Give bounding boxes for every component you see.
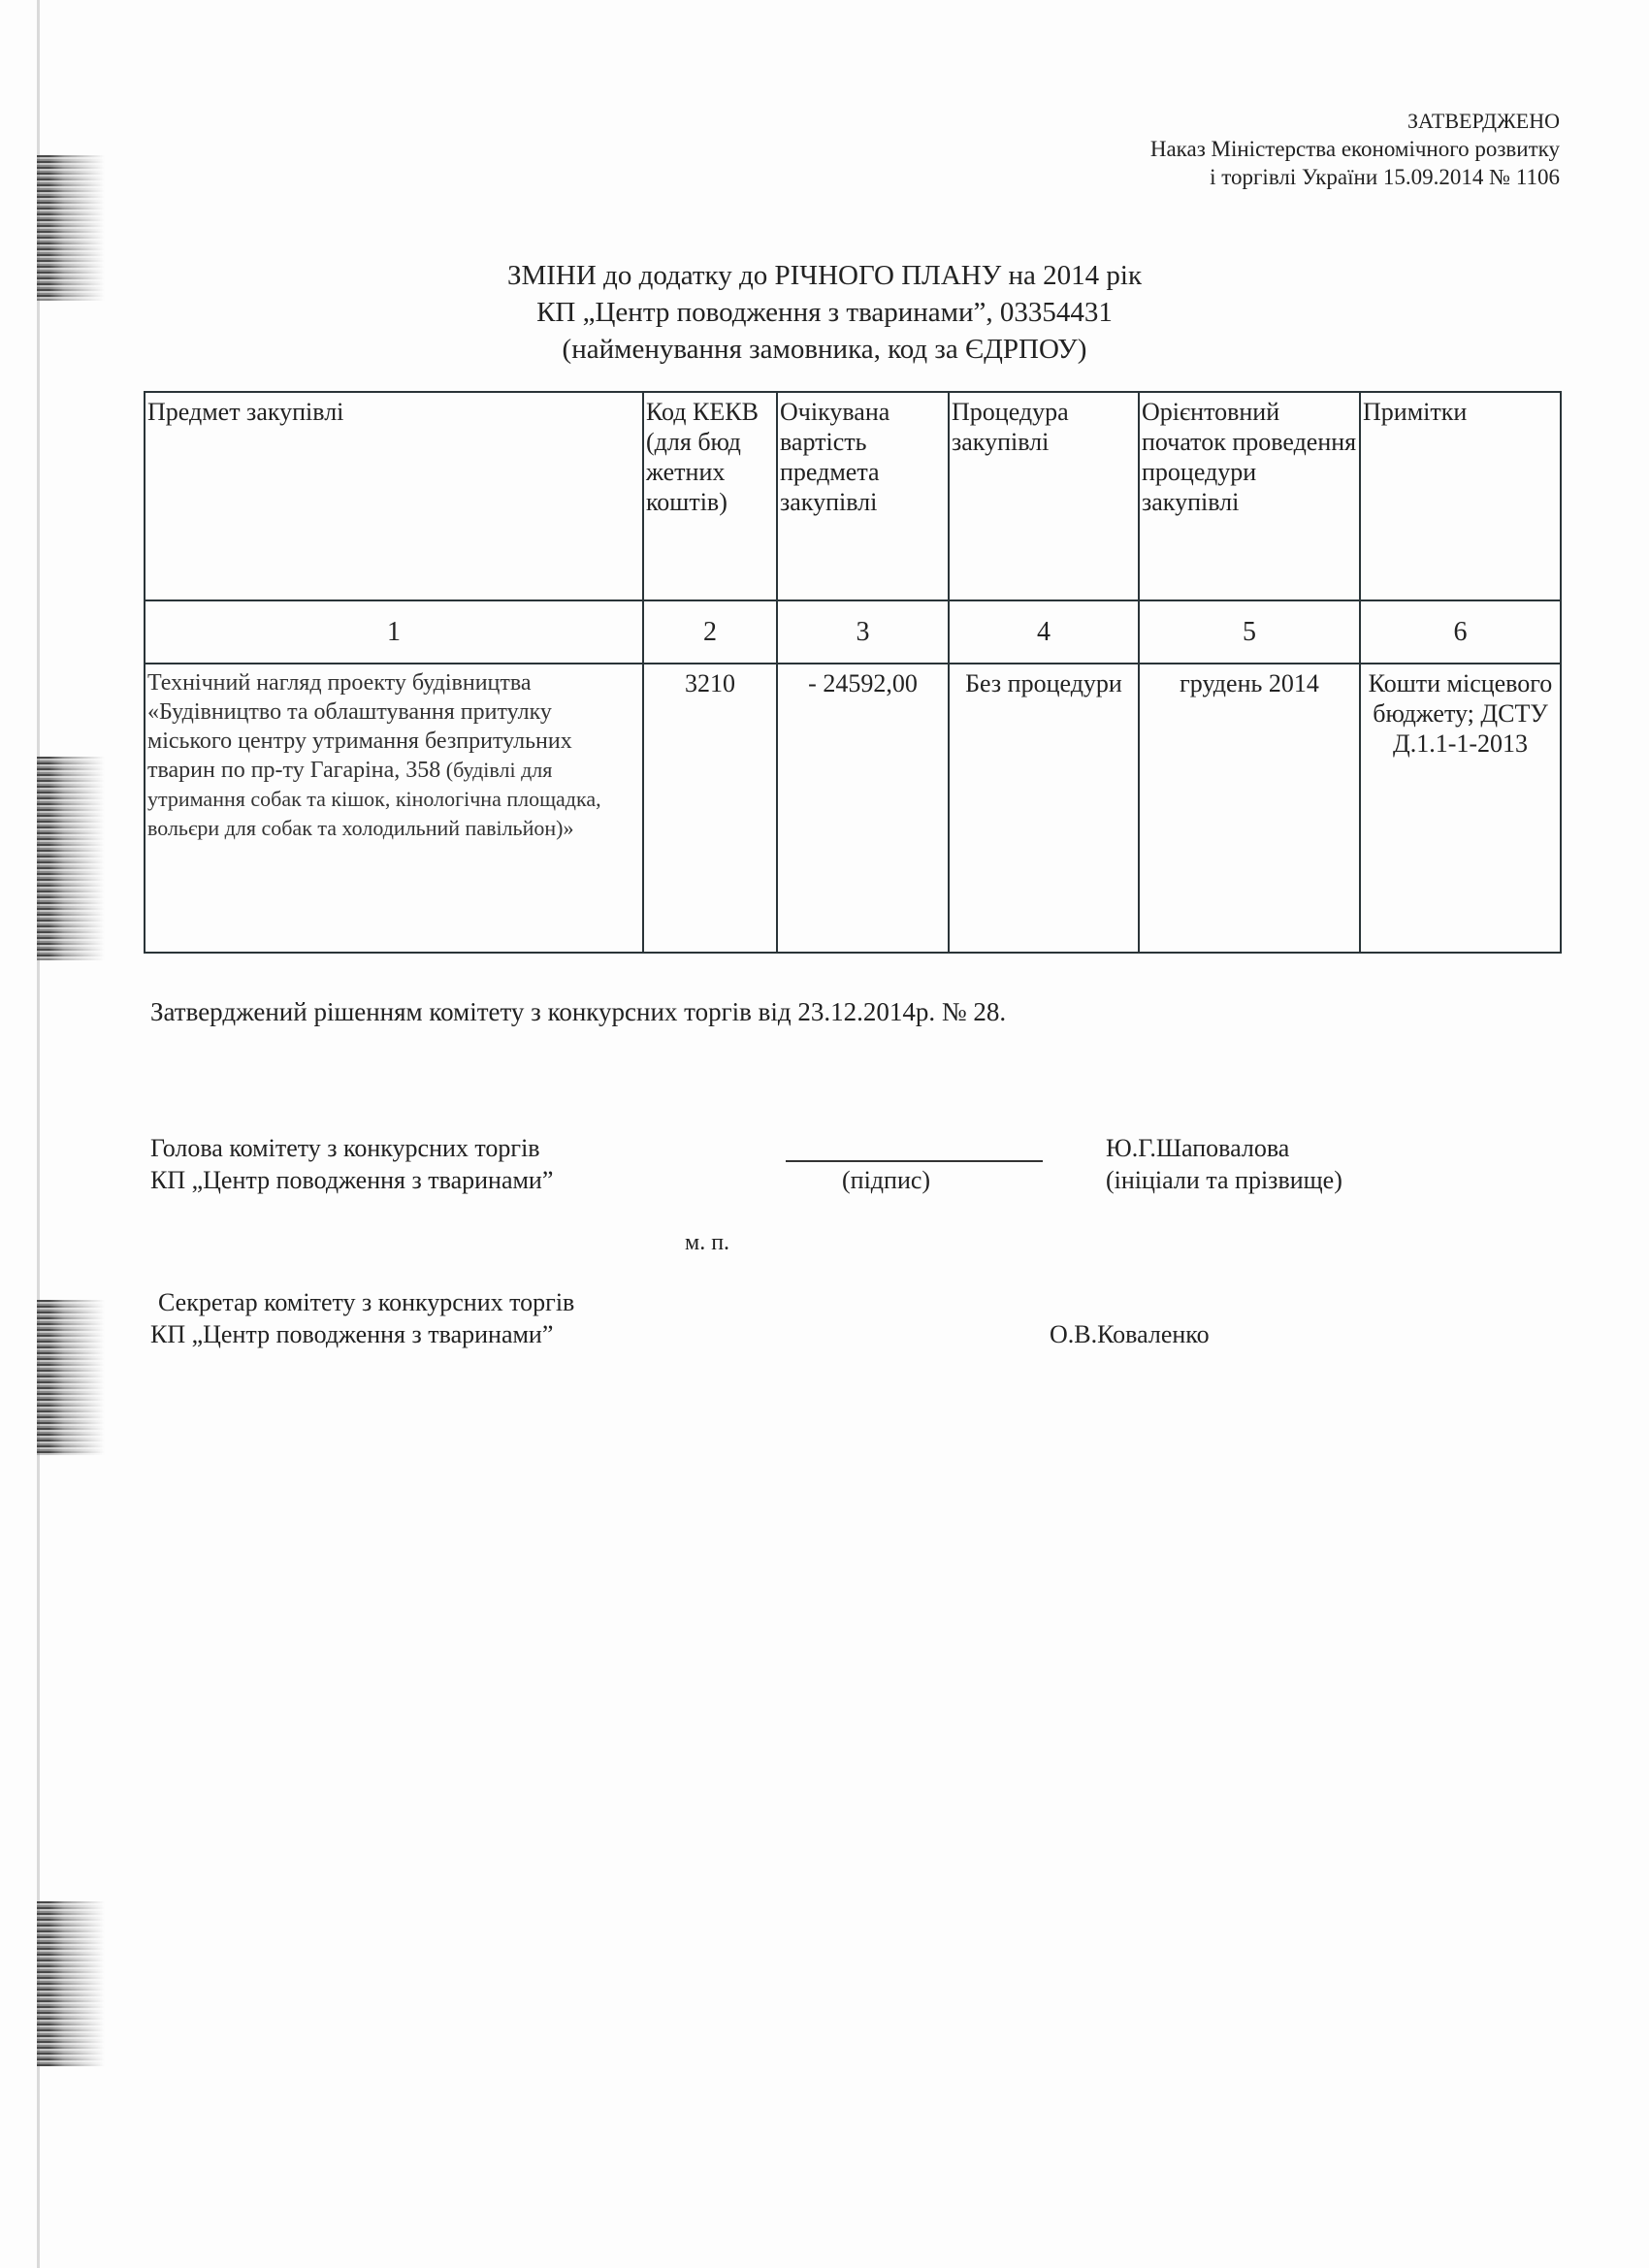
signature-caption: (підпис) (842, 1164, 930, 1196)
approval-order-line2: і торгівлі України 15.09.2014 № 1106 (1150, 163, 1560, 191)
column-number: 5 (1139, 600, 1360, 664)
cell-expected-cost: - 24592,00 (777, 664, 949, 953)
approval-order-line1: Наказ Міністерства економічного розвитку (1150, 135, 1560, 163)
head-role-line1: Голова комітету з конкурсних торгів (150, 1132, 553, 1164)
signature-line (786, 1160, 1043, 1162)
head-role: Голова комітету з конкурсних торгів КП „… (150, 1132, 553, 1196)
head-name-block: Ю.Г.Шаповалова (ініціали та прізвище) (1106, 1132, 1342, 1196)
approval-stamp: ЗАТВЕРДЖЕНО (1150, 107, 1560, 135)
scan-smear (37, 1300, 105, 1455)
header-start: Орієнтовний початок проведення процедури… (1139, 392, 1360, 600)
head-role-line2: КП „Центр поводження з тваринами” (150, 1164, 553, 1196)
header-expected-cost: Очікувана вартість предмета закупівлі (777, 392, 949, 600)
cell-procedure: Без процедури (949, 664, 1139, 953)
scan-smear (37, 1901, 105, 2066)
header-procedure: Процедура закупівлі (949, 392, 1139, 600)
table-row: Технічний нагляд проекту будівництва «Бу… (145, 664, 1561, 953)
approval-block: ЗАТВЕРДЖЕНО Наказ Міністерства економічн… (1150, 107, 1560, 191)
secretary-role: Секретар комітету з конкурсних торгів КП… (150, 1286, 574, 1350)
header-kekv: Код КЕКВ (для бюд жетних коштів) (643, 392, 777, 600)
seal-mark: м. п. (685, 1227, 729, 1259)
head-name-caption: (ініціали та прізвище) (1106, 1164, 1342, 1196)
title-customer: КП „Центр поводження з тваринами”, 03354… (0, 294, 1649, 331)
header-subject: Предмет закупівлі (145, 392, 643, 600)
header-notes: Примітки (1360, 392, 1561, 600)
secretary-role-line2: КП „Центр поводження з тваринами” (150, 1318, 574, 1350)
column-number: 6 (1360, 600, 1561, 664)
scan-smear (37, 757, 105, 960)
head-name: Ю.Г.Шаповалова (1106, 1132, 1342, 1164)
document-title: ЗМІНИ до додатку до РІЧНОГО ПЛАНУ на 201… (0, 257, 1649, 368)
table-header-row: Предмет закупівлі Код КЕКВ (для бюд жетн… (145, 392, 1561, 600)
column-number-row: 1 2 3 4 5 6 (145, 600, 1561, 664)
cell-start: грудень 2014 (1139, 664, 1360, 953)
secretary-name: О.В.Коваленко (1050, 1318, 1210, 1350)
column-number: 3 (777, 600, 949, 664)
secretary-role-line1: Секретар комітету з конкурсних торгів (150, 1286, 574, 1318)
title-line1: ЗМІНИ до додатку до РІЧНОГО ПЛАНУ на 201… (0, 257, 1649, 294)
cell-subject: Технічний нагляд проекту будівництва «Бу… (145, 664, 643, 953)
column-number: 4 (949, 600, 1139, 664)
column-number: 2 (643, 600, 777, 664)
cell-notes: Кошти місцевого бюджету; ДСТУ Д.1.1-1-20… (1360, 664, 1561, 953)
title-caption: (найменування замовника, код за ЄДРПОУ) (0, 331, 1649, 368)
approval-decision: Затверджений рішенням комітету з конкурс… (150, 997, 1006, 1027)
procurement-plan-table: Предмет закупівлі Код КЕКВ (для бюд жетн… (144, 391, 1562, 954)
column-number: 1 (145, 600, 643, 664)
cell-kekv: 3210 (643, 664, 777, 953)
